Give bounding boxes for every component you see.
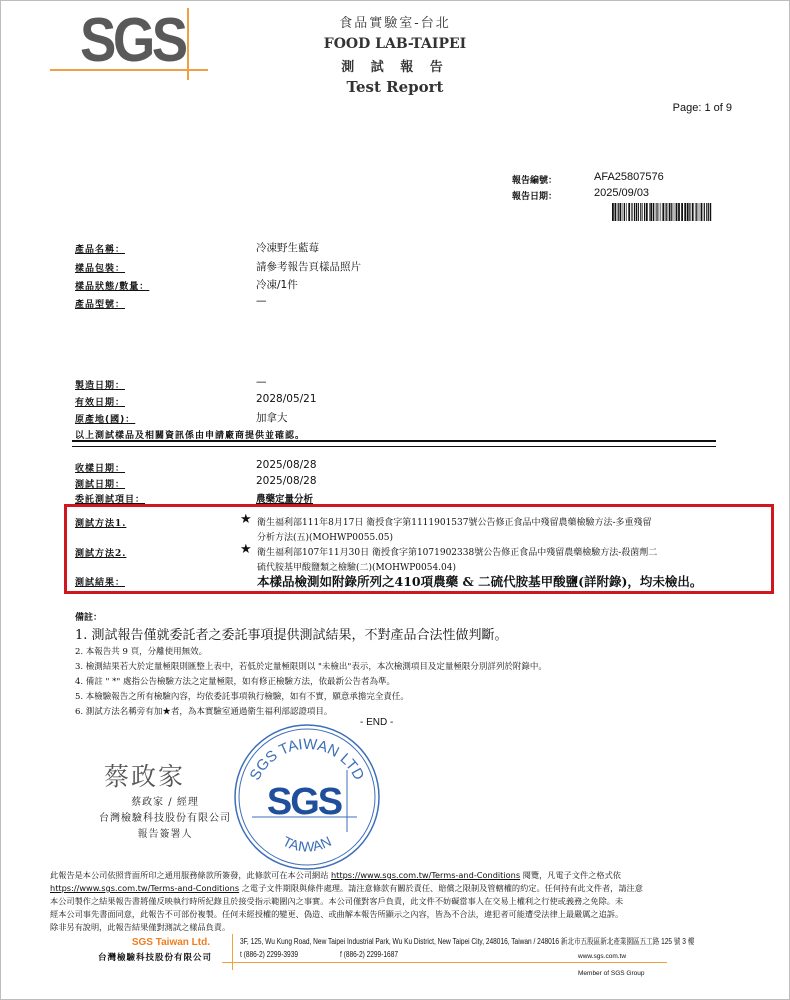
sample-package-label: 樣品包裝：: [75, 261, 125, 274]
product-name-value: 冷凍野生藍莓: [256, 240, 319, 255]
origin-value: 加拿大: [256, 410, 288, 425]
report-date-label: 報告日期：: [512, 189, 557, 202]
terms-link[interactable]: https://www.sgs.com.tw/Terms-and-Conditi…: [50, 883, 239, 893]
legal-line-5: 除非另有說明，此報告結果僅對測試之樣品負責。: [50, 922, 230, 933]
legal-text: 閱覽，凡電子文件之格式依: [520, 870, 621, 880]
method-2-label: 測試方法2.: [75, 546, 126, 559]
result-text: 本樣品檢測如附錄所列之410項農藥 & 二硫代胺基甲酸鹽(詳附錄)，均未檢出。: [257, 572, 702, 590]
expiry-date-value: 2028/05/21: [256, 393, 317, 405]
product-name-label: 產品名稱：: [75, 242, 125, 255]
test-date-value: 2025/08/28: [256, 475, 317, 487]
manufacture-date-value: —: [256, 376, 267, 388]
legal-text: 此報告是本公司依照背面所印之通用服務條款所簽發，此條款可在本公司網站: [50, 870, 331, 880]
method-1-line2: 分析方法(五)(MOHWP0055.05): [257, 530, 393, 543]
note-6: 6. 測試方法名稱旁有加★者，為本實驗室通過衛生福利部認證項目。: [75, 705, 332, 717]
method-1-line1: 衛生福利部111年8月17日 衛授食字第1111901537號公告修正食品中殘留…: [257, 515, 652, 528]
footer-orange-vline: [232, 934, 233, 970]
footer-company-en: SGS Taiwan Ltd.: [120, 937, 210, 948]
notes-title: 備註：: [75, 610, 102, 623]
footer-address: 3F, 125, Wu Kung Road, New Taipei Indust…: [240, 936, 694, 947]
footer-company-zh: 台灣檢驗科技股份有限公司: [62, 951, 212, 963]
legal-line-3: 本公司製作之結果報告書將僅反映執行時所紀錄且於接受指示範圍內之事實。本公司僅對客…: [50, 896, 623, 907]
test-date-label: 測試日期：: [75, 477, 125, 490]
logo-orange-hline: [50, 69, 208, 71]
sample-package-value: 請參考報告頁樣品照片: [256, 259, 361, 274]
method-2-line1: 衛生福利部107年11月30日 衛授食字第1071902338號公告修正食品中殘…: [257, 545, 657, 558]
lab-name-zh: 食品實驗室-台北: [300, 12, 490, 31]
handwritten-signature: 蔡政家: [104, 757, 185, 793]
sample-state-value: 冷凍/1件: [256, 277, 298, 292]
manufacture-date-label: 製造日期：: [75, 378, 125, 391]
sgs-logo: SGS: [50, 8, 210, 80]
receive-date-value: 2025/08/28: [256, 459, 317, 471]
logo-text: SGS: [80, 10, 185, 72]
terms-link[interactable]: https://www.sgs.com.tw/Terms-and-Conditi…: [331, 870, 520, 880]
legal-line-2: https://www.sgs.com.tw/Terms-and-Conditi…: [50, 883, 643, 894]
doc-type-zh: 測 試 報 告: [300, 56, 490, 75]
note-5: 5. 本檢驗報告之所有檢驗內容，均依委託事項執行檢驗，如有不實，願意承擔完全責任…: [75, 690, 409, 702]
doc-type-en: Test Report: [300, 78, 490, 96]
method-1-label: 測試方法1.: [75, 516, 126, 529]
star-icon: ★: [240, 542, 252, 557]
legal-text: 之電子文件期限與條件處理。請注意條款有關於責任、賠償之限制及管轄權的約定。任何持…: [239, 883, 643, 893]
barcode: [612, 203, 712, 221]
stamp-top-text: SGS TAIWAN LTD: [247, 736, 368, 784]
product-model-value: —: [256, 295, 267, 307]
star-icon: ★: [240, 512, 252, 527]
page-number: Page: 1 of 9: [673, 102, 732, 114]
sample-state-label: 樣品狀態/數量：: [75, 279, 149, 292]
footer-website[interactable]: www.sgs.com.tw: [578, 953, 626, 960]
note-4: 4. 備註 " *" 處指公告檢驗方法之定量極限，如有修正檢驗方法，依最新公告者…: [75, 675, 395, 687]
note-3: 3. 檢測結果若大於定量極限則匯整上表中，若低於定量極限則以 "未檢出"表示，本…: [75, 660, 547, 672]
origin-label: 原產地(國)：: [75, 412, 135, 425]
footer-orange-hline: [222, 962, 667, 963]
test-item-value: 農藥定量分析: [256, 491, 313, 505]
double-divider: [72, 440, 716, 447]
result-label: 測試結果：: [75, 575, 125, 588]
footer-fax: f (886-2) 2299-1687: [340, 950, 398, 959]
stamp-bottom-text: TAIWAN: [280, 833, 333, 855]
note-2: 2. 本報告共 9 頁，分離使用無效。: [75, 645, 207, 657]
report-number-label: 報告編號：: [512, 173, 557, 186]
footer-member: Member of SGS Group: [578, 970, 644, 977]
report-number: AFA25807576: [594, 171, 664, 183]
lab-name-en: FOOD LAB-TAIPEI: [300, 36, 490, 52]
legal-line-4: 經本公司事先書面同意，此報告不可部份複製。任何未經授權的變更、偽造、或曲解本報告…: [50, 909, 623, 920]
product-model-label: 產品型號：: [75, 297, 125, 310]
sgs-taiwan-stamp: SGS TAIWAN LTD TAIWAN SGS: [232, 722, 382, 872]
legal-line-1: 此報告是本公司依照背面所印之通用服務條款所簽發，此條款可在本公司網站 https…: [50, 870, 621, 881]
report-date: 2025/09/03: [594, 187, 649, 199]
footer-tel: t (886-2) 2299-3939: [240, 950, 298, 959]
expiry-date-label: 有效日期：: [75, 395, 125, 408]
receive-date-label: 收樣日期：: [75, 461, 125, 474]
logo-orange-vline: [187, 8, 189, 80]
note-1: 1. 測試報告僅就委託者之委託事項提供測試結果，不對產品合法性做判斷。: [75, 624, 508, 643]
